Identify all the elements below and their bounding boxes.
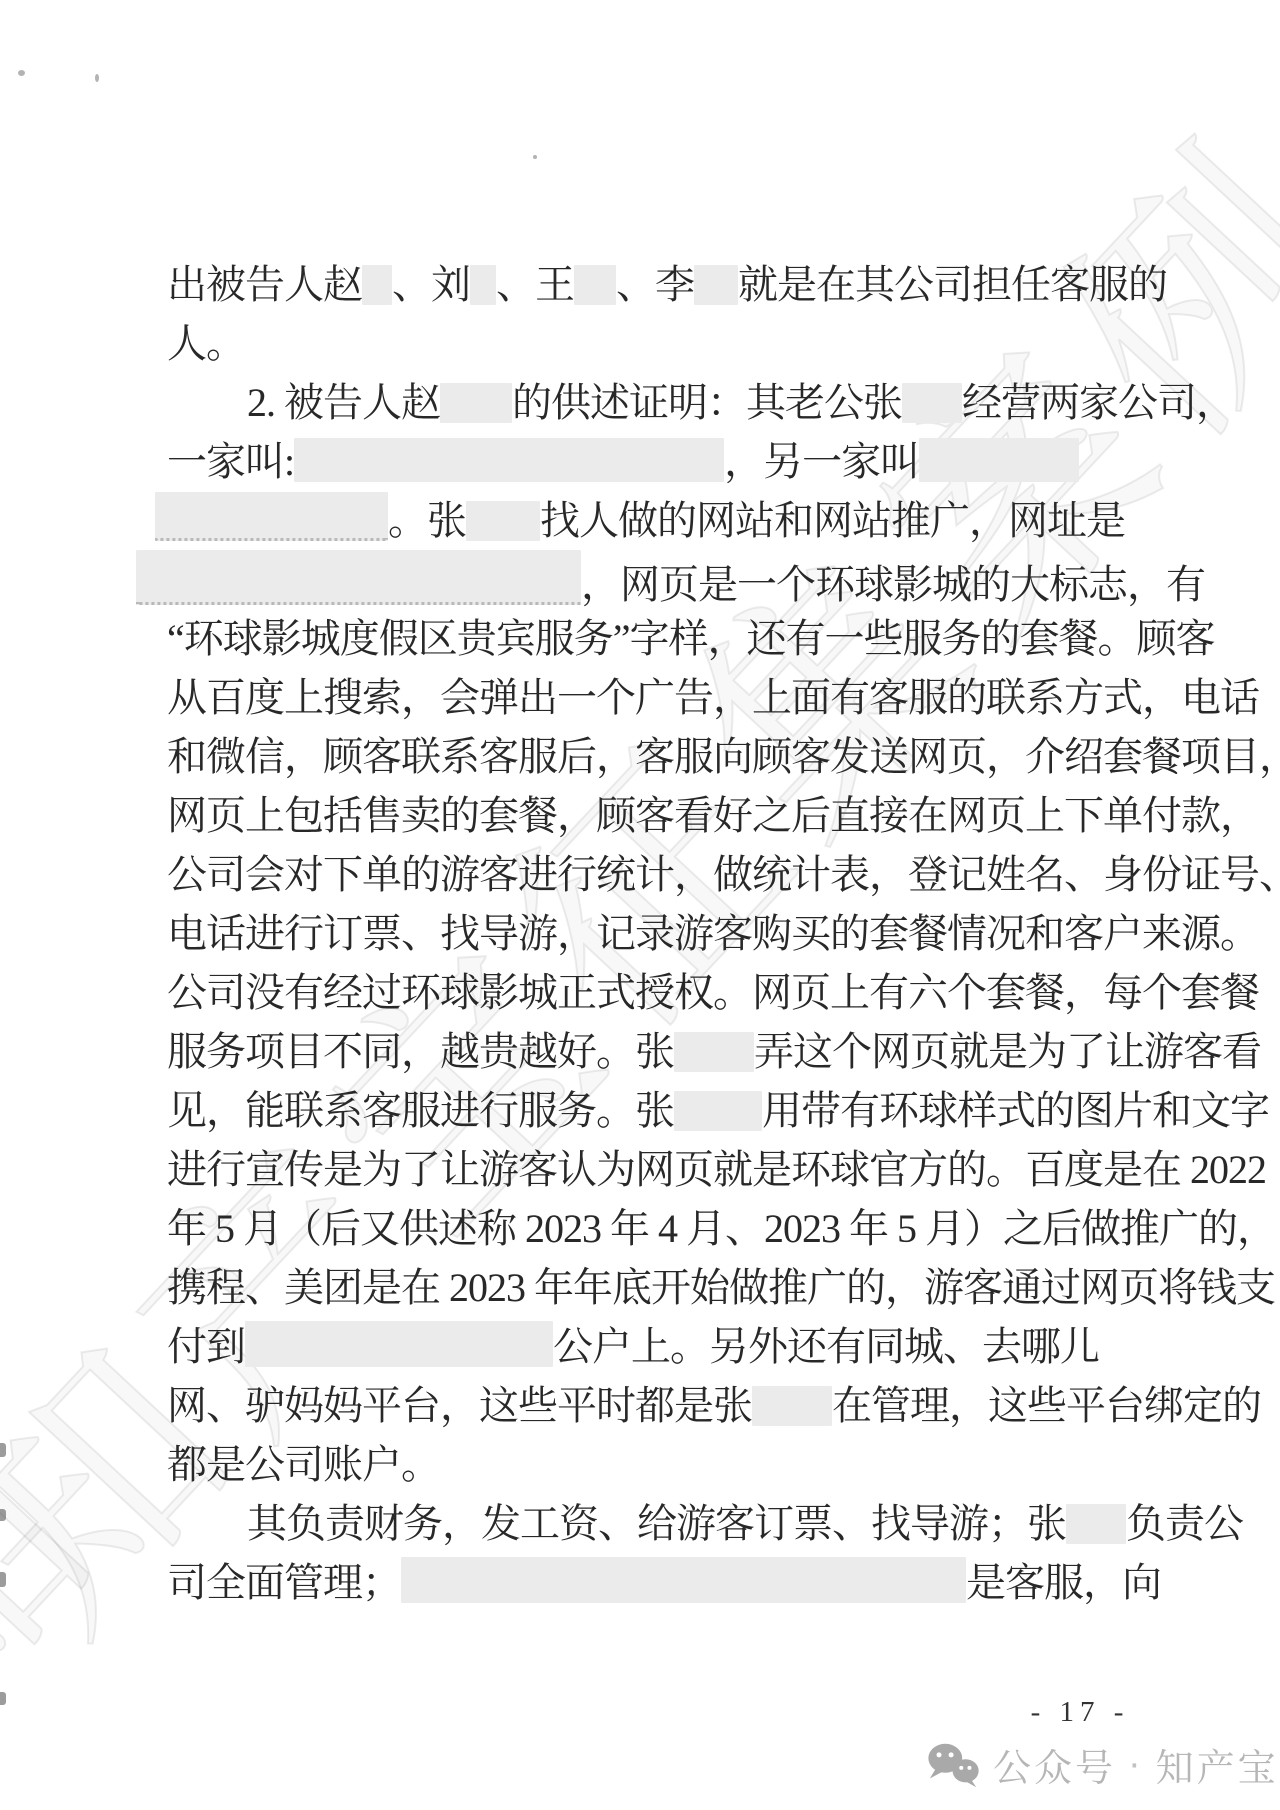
redaction-box [294,438,724,482]
document-text: 出被告人赵、刘、王、李就是在其公司担任客服的人。2. 被告人赵的供述证明：其老公… [0,0,1280,1810]
text-run: 人。 [167,321,245,366]
text-line: 付到公户上。另外还有同城、去哪儿 [167,1317,1099,1376]
text-run: 其负责财务，发工资、给游客订票、找导游；张 [247,1501,1066,1546]
text-line: 司全面管理；是客服，向 [167,1553,1161,1612]
text-line: 出被告人赵、刘、王、李就是在其公司担任客服的 [167,255,1167,314]
text-line: 和微信，顾客联系客服后，客服向顾客发送网页，介绍套餐项目， [167,727,1280,786]
text-line: 公司没有经过环球影城正式授权。网页上有六个套餐，每个套餐 [167,963,1259,1022]
text-line: 公司会对下单的游客进行统计，做统计表，登记姓名、身份证号、 [167,845,1280,904]
text-run: 2. 被告人赵 [247,380,440,425]
wechat-badge: 公众号 · 知产宝 [925,1737,1279,1792]
text-line: “环球影城度假区贵宾服务”字样，还有一些服务的套餐。顾客 [167,609,1215,668]
text-run: 经营两家公司， [962,380,1235,425]
redaction-box [902,383,962,423]
text-run: 弄这个网页就是为了让游客看 [754,1029,1261,1074]
text-run: 公户上。另外还有同城、去哪儿 [553,1324,1099,1369]
text-run: 出被告人赵 [167,262,362,307]
badge-brand: 知产宝 [1156,1737,1279,1792]
text-line: 都是公司账户。 [167,1435,440,1494]
text-run: 在管理，这些平台绑定的 [832,1383,1261,1428]
redaction-box [674,1032,754,1072]
redaction-box [694,265,738,305]
redaction-box [155,492,388,541]
text-run: 、王 [496,262,574,307]
redaction-box [574,265,616,305]
text-run: 的供述证明：其老公张 [512,380,902,425]
badge-account-label: 公众号 [993,1737,1116,1792]
text-line: 年 5 月（后又供述称 2023 年 4 月、2023 年 5 月）之后做推广的… [167,1199,1276,1258]
text-line: 电话进行订票、找导游，记录游客购买的套餐情况和客户来源。 [167,904,1259,963]
text-line: 见，能联系客服进行服务。张用带有环球样式的图片和文字 [167,1081,1269,1140]
text-line: 服务项目不同，越贵越好。张弄这个网页就是为了让游客看 [167,1022,1261,1081]
text-run: 司全面管理； [167,1560,401,1605]
redaction-box [136,550,581,605]
text-line: ，网页是一个环球影城的大标志，有 [167,550,1205,609]
redaction-box [245,1321,553,1367]
text-run: 从百度上搜索，会弹出一个广告，上面有客服的联系方式，电话 [167,675,1259,720]
text-line: 一家叫:，另一家叫 [167,432,1079,491]
text-run: 付到 [167,1324,245,1369]
text-run: 网页上包括售卖的套餐，顾客看好之后直接在网页上下单付款， [167,793,1259,838]
text-run: “环球影城度假区贵宾服务”字样，还有一些服务的套餐。顾客 [167,616,1215,661]
text-line: 。张找人做的网站和网站推广，网址是 [167,491,1125,550]
text-run: 负责公 [1126,1501,1243,1546]
wechat-icon [925,1741,983,1789]
text-run: ，另一家叫 [724,439,919,484]
redaction-box [752,1386,832,1426]
text-run: 就是在其公司担任客服的 [738,262,1167,307]
redaction-box [362,265,392,305]
text-run: 服务项目不同，越贵越好。张 [167,1029,674,1074]
text-line: 网、驴妈妈平台，这些平时都是张在管理，这些平台绑定的 [167,1376,1261,1435]
text-line: 人。 [167,314,245,373]
redaction-box [470,265,496,305]
document-page: 知产宝征集案例 知 出被告人赵、刘、王、李就是在其公司担任客服的人。2. 被告人… [0,0,1280,1810]
text-run: ，网页是一个环球影城的大标志，有 [581,562,1205,607]
text-run: 、李 [616,262,694,307]
text-run: 找人做的网站和网站推广，网址是 [540,498,1125,543]
text-line: 其负责财务，发工资、给游客订票、找导游；张负责公 [167,1494,1243,1553]
text-run: 携程、美团是在 2023 年年底开始做推广的，游客通过网页将钱支 [167,1265,1275,1310]
text-run: 网、驴妈妈平台，这些平时都是张 [167,1383,752,1428]
redaction-box [919,438,1079,482]
text-run: 、刘 [392,262,470,307]
text-run: 公司会对下单的游客进行统计，做统计表，登记姓名、身份证号、 [167,852,1280,897]
text-run: 都是公司账户。 [167,1442,440,1487]
text-run: 公司没有经过环球影城正式授权。网页上有六个套餐，每个套餐 [167,970,1259,1015]
redaction-box [401,1557,966,1603]
text-run: 一家叫: [167,439,294,484]
text-run: 进行宣传是为了让游客认为网页就是环球官方的。百度是在 2022 [167,1147,1266,1192]
badge-separator: · [1128,1743,1144,1786]
redaction-box [466,501,540,541]
text-run: 见，能联系客服进行服务。张 [167,1088,674,1133]
text-run: 用带有环球样式的图片和文字 [762,1088,1269,1133]
redaction-box [674,1091,762,1131]
text-line: 网页上包括售卖的套餐，顾客看好之后直接在网页上下单付款， [167,786,1259,845]
text-run: 电话进行订票、找导游，记录游客购买的套餐情况和客户来源。 [167,911,1259,956]
text-run: 。张 [388,498,466,543]
text-line: 从百度上搜索，会弹出一个广告，上面有客服的联系方式，电话 [167,668,1259,727]
text-line: 2. 被告人赵的供述证明：其老公张经营两家公司， [167,373,1235,432]
page-number: - 17 - [1000,1696,1160,1729]
redaction-box [1066,1504,1126,1544]
text-line: 进行宣传是为了让游客认为网页就是环球官方的。百度是在 2022 [167,1140,1266,1199]
text-line: 携程、美团是在 2023 年年底开始做推广的，游客通过网页将钱支 [167,1258,1275,1317]
text-run: 和微信，顾客联系客服后，客服向顾客发送网页，介绍套餐项目， [167,734,1280,779]
text-run: 是客服，向 [966,1560,1161,1605]
text-run: 年 5 月（后又供述称 2023 年 4 月、2023 年 5 月）之后做推广的… [167,1206,1276,1251]
redaction-box [440,383,512,423]
